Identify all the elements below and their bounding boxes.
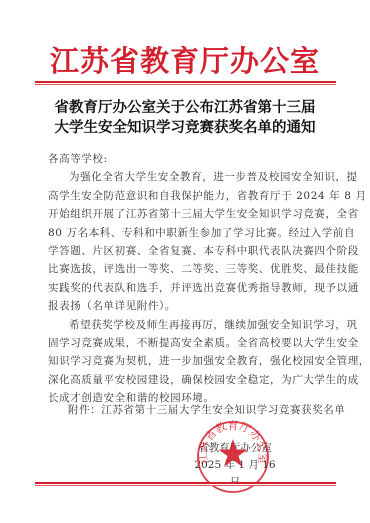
paragraph-1-line: 80 万名本科、专科和中职新生参加了学习比赛。经过入学前自 [48, 224, 326, 242]
title-line-2: 大学生安全知识学习竞赛获奖名单的通知 [0, 118, 370, 138]
paragraph-2-line: 固学习竞赛成果，不断提高安全素质。全省高校要以大学生安全 [48, 334, 326, 352]
paragraph-1-line: 比赛选拔，评选出一等奖、二等奖、三等奖、优胜奖、最佳技能 [48, 260, 326, 278]
paragraph-1-line: 报表扬（名单详见附件）。 [48, 297, 326, 315]
footer-divider [35, 482, 336, 486]
paragraph-1-line: 开始组织开展了江苏省第十三届大学生安全知识学习竞赛，全省 [48, 205, 326, 223]
salutation: 各高等学校: [48, 150, 326, 168]
header-divider [35, 81, 336, 85]
issuer-header: 江苏省教育厅办公室 [0, 44, 370, 78]
paragraph-2-line: 深化高质量平安校园建设，确保校园安全稳定，为广大学生的成 [48, 371, 326, 389]
title-line-1: 省教育厅办公室关于公布江苏省第十三届 [0, 98, 370, 118]
paragraph-2-line: 知识学习竞赛为契机，进一步加强安全教育，强化校园安全管理， [48, 352, 326, 370]
paragraph-1-line: 学答题、片区初赛、全省复赛、本专科中职代表队决赛四个阶段 [48, 242, 326, 260]
paragraph-1-line: 实践奖的代表队和选手，并评选出竞赛优秀指导教师，现予以通 [48, 279, 326, 297]
paragraph-2-line: 希望获奖学校及师生再接再厉，继续加强安全知识学习，巩 [48, 316, 326, 334]
signature-office: 省教育厅办公室 [190, 440, 280, 457]
paragraph-1-line: 为强化全省大学生安全教育，进一步普及校园安全知识，提 [48, 168, 326, 186]
document-body: 各高等学校: 为强化全省大学生安全教育，进一步普及校园安全知识，提 高学生安全防… [48, 150, 326, 408]
attachment-note: 附件：江苏省第十三届大学生安全知识学习竞赛获奖名单 [68, 402, 346, 417]
document-title: 省教育厅办公室关于公布江苏省第十三届 大学生安全知识学习竞赛获奖名单的通知 [0, 98, 370, 138]
paragraph-1-line: 高学生安全防范意识和自我保护能力，省教育厅于 2024 年 8 月 [48, 187, 326, 205]
